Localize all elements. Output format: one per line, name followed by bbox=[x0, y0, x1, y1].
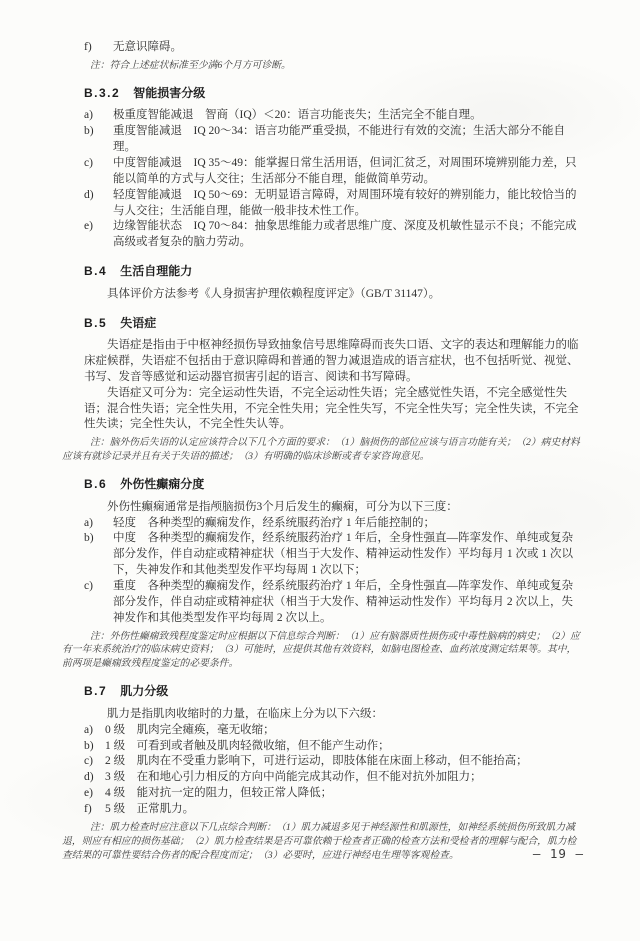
section-intro: 外伤性癫痫通常是指颅脑损伤3个月后发生的癫痫，可分为以下三度： bbox=[84, 500, 582, 516]
list-item-e: e) 边缘智能状态 IQ 70～84：抽象思维能力或者思维广度、深度及机敏性显示… bbox=[84, 219, 582, 251]
page-number: – 19 – bbox=[533, 846, 584, 861]
list-item-a: a) 轻度 各种类型的癫痫发作，经系统服药治疗 1 年后能控制的； bbox=[84, 516, 582, 532]
list-item-b: b) 重度智能减退 IQ 20～34：语言功能严重受损，不能进行有效的交流；生活… bbox=[84, 124, 582, 156]
list-marker: e) bbox=[84, 219, 113, 235]
section-heading-b3-2: B.3.2 智能损害分级 bbox=[84, 86, 582, 102]
section-intro: 肌力是指肌肉收缩时的力量，在临床上分为以下六级： bbox=[84, 707, 582, 723]
heading-number: B.7 bbox=[84, 684, 107, 700]
list-marker: f) bbox=[84, 802, 105, 818]
section-note: 注：外伤性癫痫致残程度鉴定时应根据以下信息综合判断：（1）应有脑器质性损伤或中毒… bbox=[62, 630, 582, 672]
paragraph: 具体评价方法参考《人身损害护理依赖程度评定》（GB/T 31147）。 bbox=[84, 287, 582, 303]
heading-title: 生活自理能力 bbox=[120, 264, 192, 280]
list-marker: a) bbox=[84, 516, 113, 532]
heading-number: B.6 bbox=[84, 477, 107, 493]
list-marker: b) bbox=[84, 531, 113, 547]
list-marker: e) bbox=[84, 786, 105, 802]
list-marker: d) bbox=[84, 188, 113, 204]
list-item-text: 中度智能减退 IQ 35～49：能掌握日常生活用语，但词汇贫乏，对周围环境辨别能… bbox=[113, 156, 582, 188]
list-marker: a) bbox=[84, 723, 105, 739]
list-item-text: 4 级 能对抗一定的阻力，但较正常人降低； bbox=[105, 786, 582, 802]
list-marker: f) bbox=[84, 40, 113, 56]
section-heading-b4: B.4 生活自理能力 bbox=[84, 264, 582, 280]
heading-title: 智能损害分级 bbox=[133, 86, 205, 102]
list-item-text: 轻度 各种类型的癫痫发作，经系统服药治疗 1 年后能控制的； bbox=[113, 516, 582, 532]
paragraph: 失语症是指由于中枢神经损伤导致抽象信号思维障碍而丧失口语、文字的表达和理解能力的… bbox=[84, 338, 582, 386]
list-marker: b) bbox=[84, 739, 105, 755]
list-item-text: 1 级 可看到或者触及肌肉轻微收缩，但不能产生动作； bbox=[105, 739, 582, 755]
list-item-a: a) 极重度智能减退 智商（IQ）＜20：语言功能丧失；生活完全不能自理。 bbox=[84, 108, 582, 124]
list-item-text: 边缘智能状态 IQ 70～84：抽象思维能力或者思维广度、深度及机敏性显示不良；… bbox=[113, 219, 582, 251]
list-marker: d) bbox=[84, 770, 105, 786]
list-item-d: d) 轻度智能减退 IQ 50～69：无明显语言障碍，对周围环境有较好的辨别能力… bbox=[84, 188, 582, 220]
list-marker: c) bbox=[84, 754, 105, 770]
list-item-c: c) 中度智能减退 IQ 35～49：能掌握日常生活用语，但词汇贫乏，对周围环境… bbox=[84, 156, 582, 188]
list-item-text: 重度智能减退 IQ 20～34：语言功能严重受损，不能进行有效的交流；生活大部分… bbox=[113, 124, 582, 156]
heading-number: B.4 bbox=[84, 264, 107, 280]
list-item-text: 0 级 肌肉完全瘫痪，毫无收缩； bbox=[105, 723, 582, 739]
list-item-f: f) 5 级 正常肌力。 bbox=[84, 802, 582, 818]
list-item-text: 重度 各种类型的癫痫发作，经系统服药治疗 1 年后，全身性强直—阵挛发作、单纯或… bbox=[113, 579, 582, 627]
list-item-text: 极重度智能减退 智商（IQ）＜20：语言功能丧失；生活完全不能自理。 bbox=[113, 108, 582, 124]
list-marker: c) bbox=[84, 156, 113, 172]
list-item-text: 中度 各种类型的癫痫发作，经系统服药治疗 1 年后，全身性强直—阵挛发作、单纯或… bbox=[113, 531, 582, 579]
list-item-text: 3 级 在和地心引力相反的方向中尚能完成其动作，但不能对抗外加阻力； bbox=[105, 770, 582, 786]
list-item-d: d) 3 级 在和地心引力相反的方向中尚能完成其动作，但不能对抗外加阻力； bbox=[84, 770, 582, 786]
list-item-b: b) 1 级 可看到或者触及肌肉轻微收缩，但不能产生动作； bbox=[84, 739, 582, 755]
prelude-note: 注：符合上述症状标准至少满6个月方可诊断。 bbox=[62, 59, 582, 73]
list-item-text: 轻度智能减退 IQ 50～69：无明显语言障碍，对周围环境有较好的辨别能力，能比… bbox=[113, 188, 582, 220]
heading-number: B.3.2 bbox=[84, 86, 120, 102]
list-item-c: c) 2 级 肌肉在不受重力影响下，可进行运动，即肢体能在床面上移动，但不能抬高… bbox=[84, 754, 582, 770]
list-item-f-prelude: f) 无意识障碍。 bbox=[84, 40, 582, 56]
heading-title: 外伤性癫痫分度 bbox=[120, 477, 204, 493]
section-note: 注：肌力检查时应注意以下几点综合判断：（1）肌力减退多见于神经源性和肌源性，如神… bbox=[62, 821, 582, 863]
section-heading-b5: B.5 失语症 bbox=[84, 316, 582, 332]
list-item-e: e) 4 级 能对抗一定的阻力，但较正常人降低； bbox=[84, 786, 582, 802]
scanned-document-page: f) 无意识障碍。 注：符合上述症状标准至少满6个月方可诊断。 B.3.2 智能… bbox=[0, 0, 640, 941]
list-item-text: 2 级 肌肉在不受重力影响下，可进行运动，即肢体能在床面上移动，但不能抬高； bbox=[105, 754, 582, 770]
list-item-text: 5 级 正常肌力。 bbox=[105, 802, 582, 818]
heading-title: 失语症 bbox=[120, 316, 156, 332]
section-note: 注：脑外伤后失语的认定应该符合以下几个方面的要求：（1）脑损伤的部位应该与语言功… bbox=[62, 436, 582, 464]
heading-title: 肌力分级 bbox=[120, 684, 168, 700]
section-heading-b7: B.7 肌力分级 bbox=[84, 684, 582, 700]
section-heading-b6: B.6 外伤性癫痫分度 bbox=[84, 477, 582, 493]
list-item-a: a) 0 级 肌肉完全瘫痪，毫无收缩； bbox=[84, 723, 582, 739]
list-marker: a) bbox=[84, 108, 113, 124]
list-item-c: c) 重度 各种类型的癫痫发作，经系统服药治疗 1 年后，全身性强直—阵挛发作、… bbox=[84, 579, 582, 627]
page-content: f) 无意识障碍。 注：符合上述症状标准至少满6个月方可诊断。 B.3.2 智能… bbox=[0, 0, 640, 863]
list-marker: b) bbox=[84, 124, 113, 140]
list-item-b: b) 中度 各种类型的癫痫发作，经系统服药治疗 1 年后，全身性强直—阵挛发作、… bbox=[84, 531, 582, 579]
paragraph: 失语症又可分为：完全运动性失语，不完全运动性失语；完全感觉性失语，不完全感觉性失… bbox=[84, 386, 582, 434]
list-marker: c) bbox=[84, 579, 113, 595]
list-item-text: 无意识障碍。 bbox=[113, 40, 582, 56]
heading-number: B.5 bbox=[84, 316, 107, 332]
